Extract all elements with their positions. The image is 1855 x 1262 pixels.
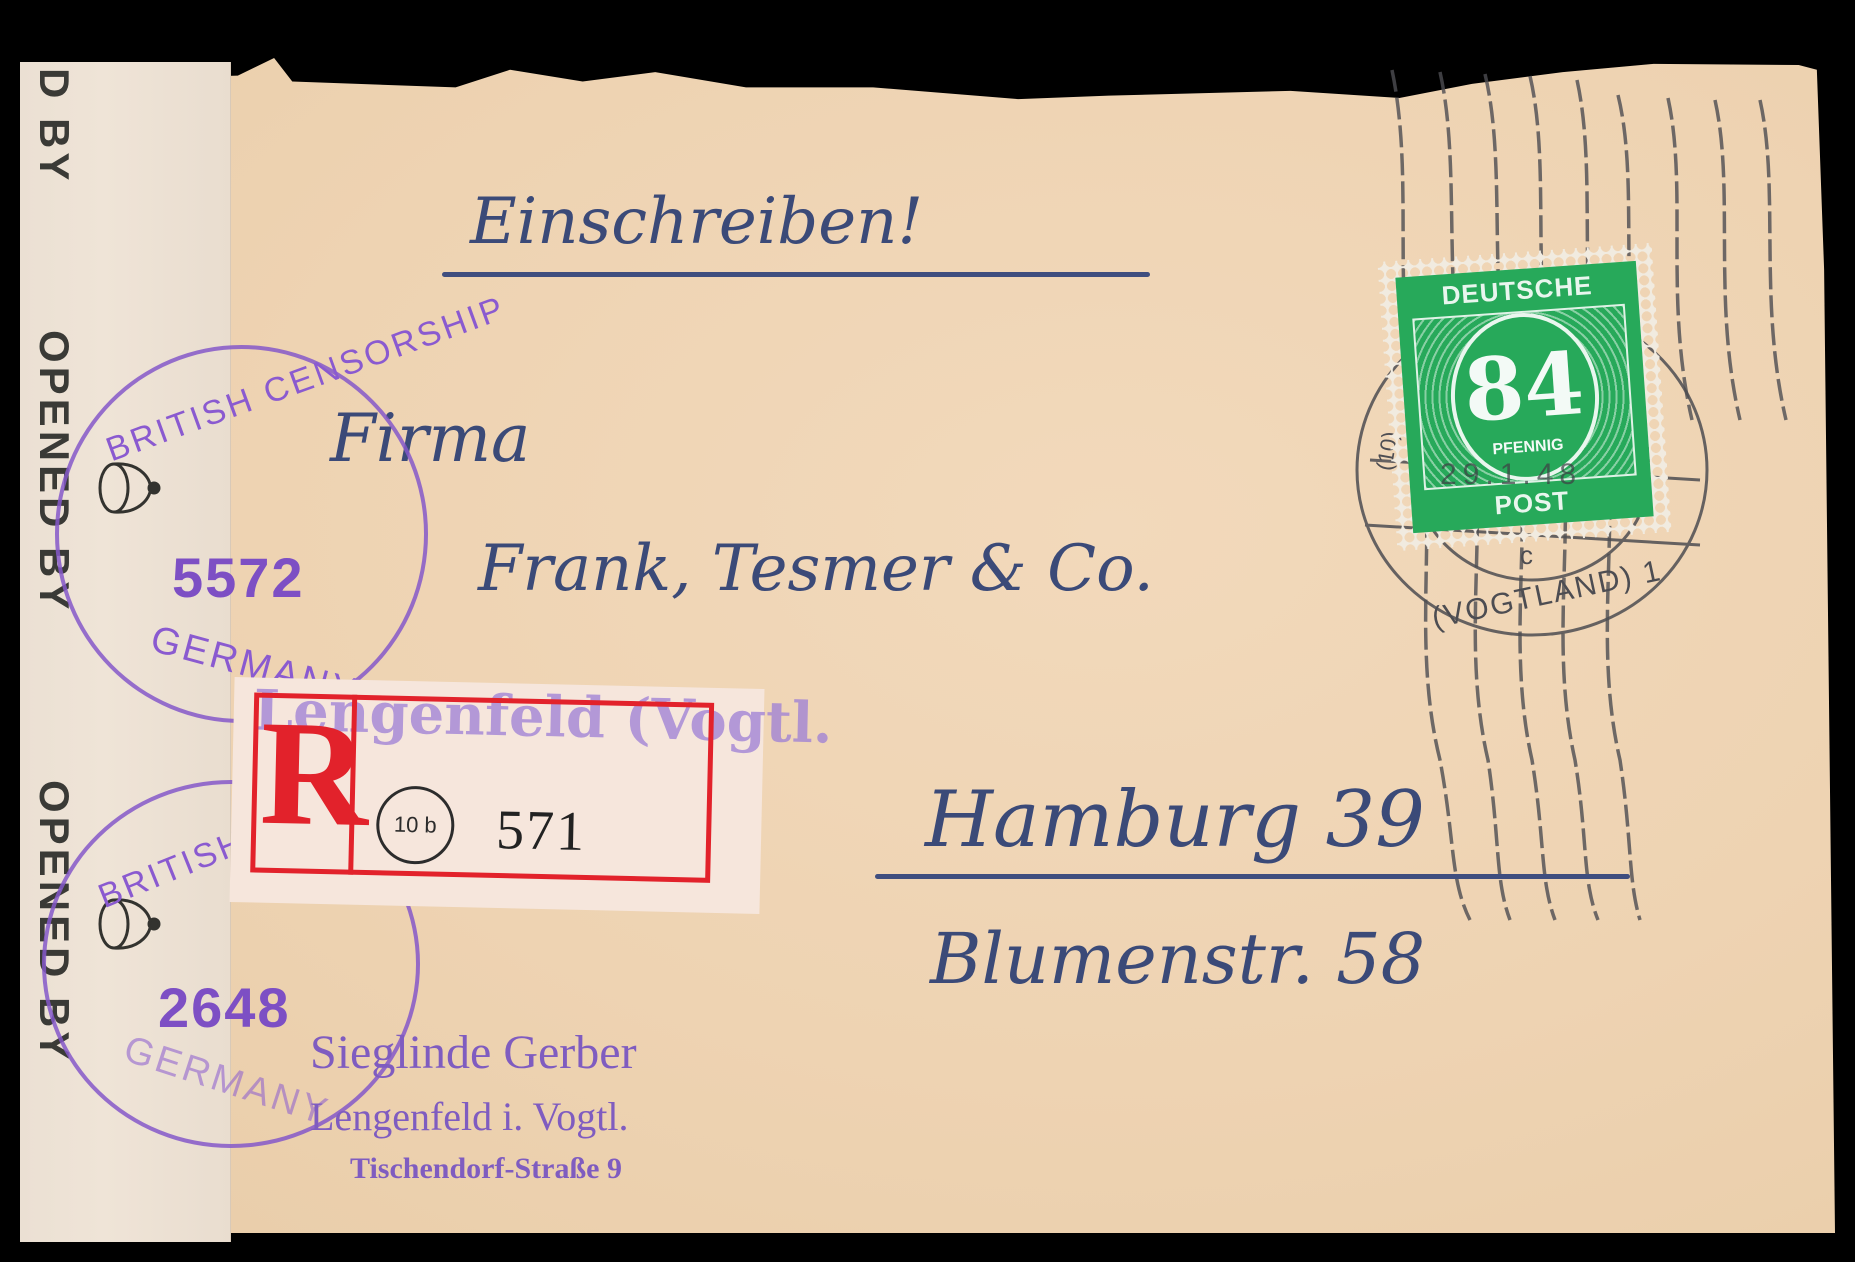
sender-street: Tischendorf-Straße 9 xyxy=(350,1152,622,1186)
sender-city: Lengenfeld i. Vogtl. xyxy=(310,1093,628,1140)
handwritten-city: Hamburg 39 xyxy=(925,775,1425,865)
handwritten-street: Blumenstr. 58 xyxy=(930,918,1425,1000)
stamp-face: DEUTSCHE 84 PFENNIG POST xyxy=(1395,261,1653,533)
postmark-letter: c xyxy=(1520,540,1533,571)
registration-number: 571 xyxy=(495,798,586,864)
sender-name: Sieglinde Gerber xyxy=(310,1025,637,1080)
postage-stamp: DEUTSCHE 84 PFENNIG POST xyxy=(1377,243,1672,551)
censor-stamp-2-number: 2648 xyxy=(158,975,291,1040)
censor-tape-text-1: D BY xyxy=(30,68,78,184)
stamp-value: 84 xyxy=(1451,340,1597,436)
registration-letter: R xyxy=(259,698,371,850)
city-underline xyxy=(875,874,1630,879)
censor-stamp-1-number: 5572 xyxy=(172,545,305,610)
handwritten-company: Frank, Tesmer & Co. xyxy=(478,532,1154,606)
handwritten-instruction: Einschreiben! xyxy=(470,185,923,259)
registration-label: Lengenfeld (Vogtl. R 10 b 571 xyxy=(230,677,765,914)
instruction-underline xyxy=(442,272,1150,277)
postmark-date: 29.1.48 xyxy=(1440,458,1582,492)
